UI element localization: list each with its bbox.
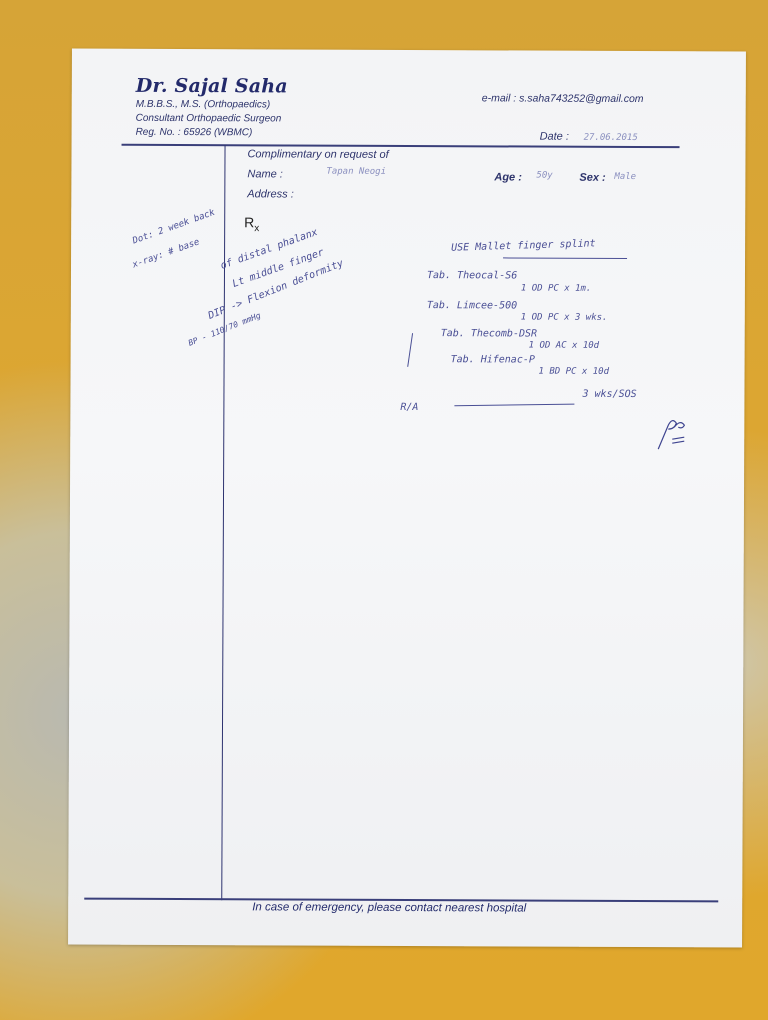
registration-number: Reg. No. : 65926 (WBMC)	[136, 127, 253, 139]
name-label: Name :	[247, 168, 283, 180]
splint-underline	[503, 257, 627, 259]
medication-dose: 1 OD PC x 3 wks.	[521, 312, 608, 322]
doctor-email: e-mail : s.saha743252@gmail.com	[482, 92, 644, 105]
prescription-sheet: Dr. Sajal Saha M.B.B.S., M.S. (Orthopaed…	[68, 49, 746, 948]
medication-name: Tab. Thecomb-DSR	[441, 328, 537, 339]
rx-symbol: Rx	[244, 214, 259, 234]
header-divider	[122, 144, 680, 148]
sex-label: Sex :	[579, 172, 605, 184]
doctor-name: Dr. Sajal Saha	[136, 75, 288, 98]
medication-dose: 1 OD AC x 10d	[529, 341, 599, 351]
patient-name: Tapan Neogi	[326, 167, 386, 177]
medication-name: Tab. Limcee-500	[427, 300, 517, 311]
review-label: R/A	[400, 402, 418, 413]
medication-dose: 1 BD PC x 10d	[539, 367, 609, 377]
review-line	[454, 404, 574, 407]
doctor-designation: Consultant Orthopaedic Surgeon	[136, 113, 282, 125]
clinical-note: Dot: 2 week back	[131, 208, 216, 247]
medication-dose: 1 OD PC x 1m.	[521, 283, 591, 293]
signature-icon	[654, 413, 694, 453]
review-value: 3 wks/SOS	[582, 389, 636, 400]
medication-name: Tab. Hifenac-P	[451, 354, 535, 365]
doctor-qualification: M.B.B.S., M.S. (Orthopaedics)	[136, 99, 271, 111]
address-label: Address :	[247, 188, 294, 200]
age-label: Age :	[494, 171, 522, 183]
complimentary-label: Complimentary on request of	[247, 148, 388, 161]
splint-advice: USE Mallet finger splint	[451, 238, 596, 253]
patient-age: 50y	[536, 171, 552, 181]
medication-name: Tab. Theocal-S6	[427, 270, 517, 281]
emergency-note: In case of emergency, please contact nea…	[252, 901, 526, 914]
date-label: Date :	[540, 131, 569, 143]
patient-sex: Male	[614, 172, 636, 182]
pen-mark	[407, 333, 413, 367]
date-value: 27.06.2015	[584, 133, 638, 143]
